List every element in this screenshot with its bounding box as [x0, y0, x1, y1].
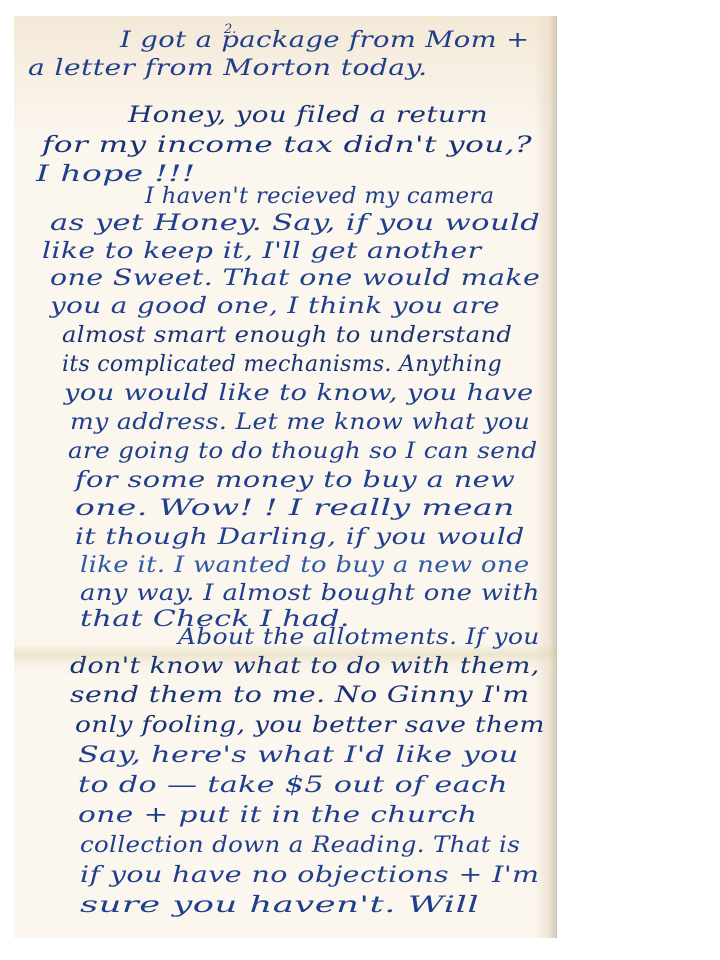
handwritten-line: you a good one, I think you are [50, 296, 500, 318]
handwritten-line: my address. Let me know what you [70, 412, 530, 434]
letter-page: 2. I got a package from Mom + a letter f… [14, 16, 557, 938]
handwritten-line: send them to me. No Ginny I'm [70, 685, 530, 707]
handwritten-line: collection down a Reading. That is [80, 835, 520, 857]
handwritten-line: like it. I wanted to buy a new one [80, 555, 529, 577]
page-fold-shadow [550, 16, 556, 938]
handwritten-line: don't know what to do with them, [70, 656, 540, 678]
handwritten-line: any way. I almost bought one with [80, 583, 540, 605]
handwritten-line: you would like to know, you have [64, 383, 534, 405]
handwritten-line: if you have no objections + I'm [80, 865, 539, 887]
handwritten-line: almost smart enough to understand [62, 325, 512, 347]
handwritten-line: only fooling, you better save them [75, 715, 545, 737]
handwritten-line: for some money to buy a new [75, 470, 515, 492]
handwritten-line: About the allotments. If you [178, 627, 540, 649]
handwritten-line: one + put it in the church [78, 805, 477, 827]
handwritten-line: sure you haven't. Will [80, 895, 479, 917]
handwritten-line: one Sweet. That one would make [50, 268, 540, 290]
handwritten-line: I haven't recieved my camera [145, 186, 494, 208]
handwritten-line: as yet Honey. Say, if you would [50, 213, 540, 235]
handwritten-line: its complicated mechanisms. Anything [62, 354, 502, 376]
handwritten-line: are going to do though so I can send [68, 441, 537, 463]
handwritten-line: a letter from Morton today. [28, 58, 427, 80]
handwritten-line: it though Darling, if you would [75, 527, 525, 549]
handwritten-line: to do — take $5 out of each [78, 775, 508, 797]
handwritten-line: I hope !!! [36, 164, 196, 186]
handwritten-line: one. Wow! ! I really mean [75, 498, 515, 520]
handwritten-line: Say, here's what I'd like you [78, 745, 519, 767]
handwritten-line: for my income tax didn't you,? [42, 135, 532, 157]
handwritten-line: I got a package from Mom + [120, 30, 529, 52]
handwritten-line: like to keep it, I'll get another [42, 241, 481, 263]
handwritten-line: Honey, you filed a return [128, 105, 488, 127]
